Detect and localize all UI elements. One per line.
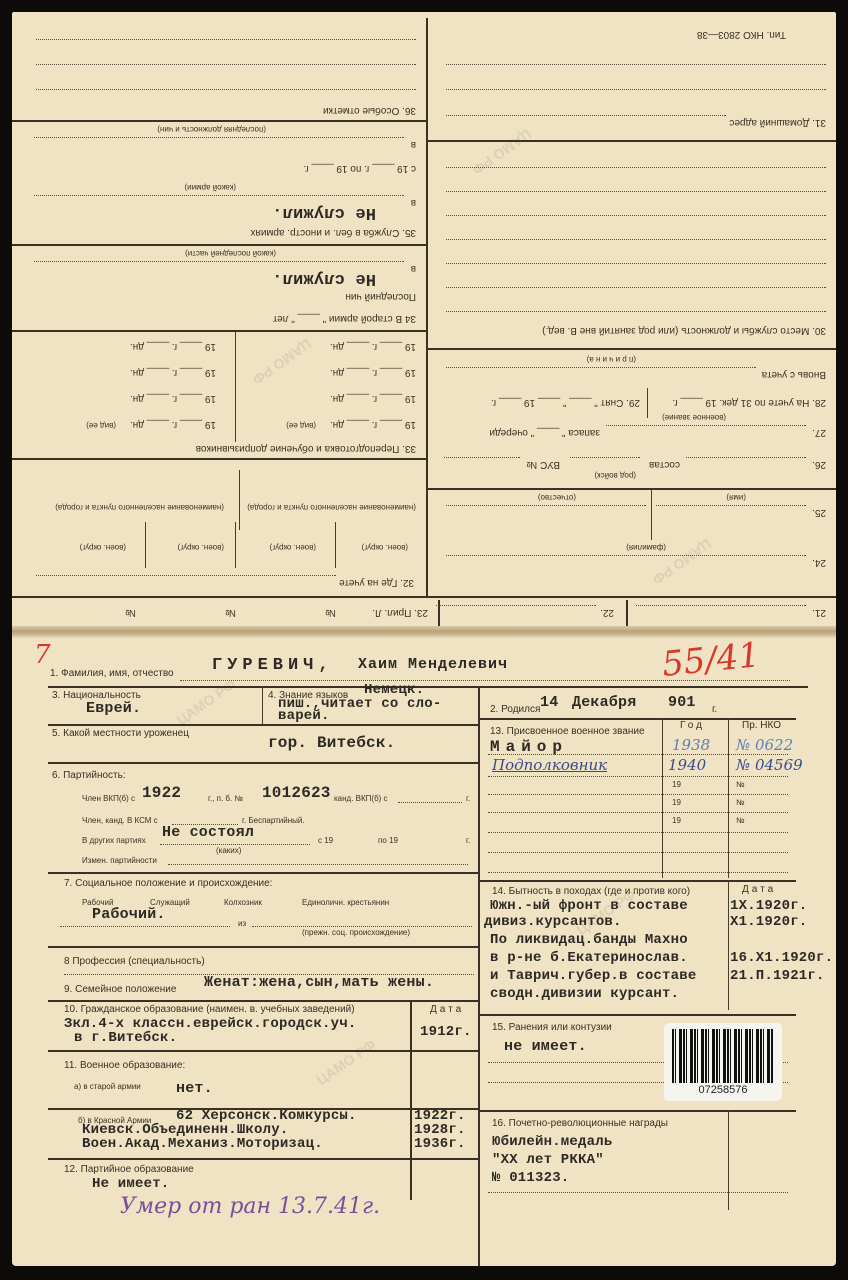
line <box>252 926 472 927</box>
line <box>488 852 788 853</box>
field-23-num: № <box>225 607 236 618</box>
field-6-label: 6. Партийность: <box>52 770 126 781</box>
caption: (военное звание) <box>662 413 726 422</box>
label: г. <box>466 836 470 845</box>
line <box>488 812 788 813</box>
divider <box>48 724 478 726</box>
rank-year: 1940 <box>668 756 706 774</box>
field-11-label: 11. Военное образование: <box>64 1060 185 1071</box>
other-parties-value: Не состоял <box>162 824 254 841</box>
field-12-label: 12. Партийное образование <box>64 1164 194 1175</box>
field-25-label: 25. <box>812 507 826 518</box>
fold-crease <box>12 626 836 638</box>
wounds-value: не имеет. <box>504 1038 587 1055</box>
line <box>488 1192 788 1193</box>
line <box>180 680 790 681</box>
divider <box>478 1110 796 1112</box>
label: по 19 <box>378 836 398 845</box>
field-26-line <box>570 457 640 458</box>
field-26-label: 26. <box>812 459 826 470</box>
date-header: Дата <box>430 1004 464 1015</box>
campaign-row: в р-не б.Екатеринослав. <box>490 950 688 966</box>
field-34-value: Не служил. <box>272 269 376 288</box>
upside-down-form: ЦАМО РФ ЦАМО РФ ЦАМО РФ 21. 22. 23. Прил… <box>12 12 836 630</box>
nationality-value: Еврей. <box>86 700 141 717</box>
field-1-label: 1. Фамилия, имя, отчество <box>50 668 174 679</box>
divider <box>12 458 426 460</box>
label: Вновь с учета <box>762 369 826 380</box>
field-25-line <box>446 505 646 506</box>
divider <box>12 244 426 246</box>
row: 19 ____ г. ____ дн. <box>130 341 216 352</box>
line <box>446 215 826 216</box>
divider <box>335 522 336 568</box>
divider <box>48 946 478 948</box>
caption: (фамилия) <box>626 543 666 552</box>
line <box>488 754 788 755</box>
barcode-number: 07258576 <box>664 1084 782 1096</box>
label: Последний чин <box>345 291 416 302</box>
year-header: Год <box>680 720 705 731</box>
award-number: № 011323. <box>492 1170 569 1186</box>
campaign-row: и Таврич.губер.в составе <box>490 968 696 984</box>
option-peasant: Единоличн. крестьянин <box>302 898 389 907</box>
field-23-label: 23. Прил. Л. <box>372 607 428 618</box>
field-30-label: 30. Место службы и должность (или род за… <box>542 325 826 336</box>
line <box>446 311 826 312</box>
label: Измен. партийности <box>82 856 157 865</box>
divider <box>662 718 663 878</box>
label: Член, канд. В КСМ с <box>82 816 158 825</box>
family-status-value: Женат:жена,сын,мать жены. <box>204 974 434 991</box>
line <box>446 167 826 168</box>
caption: (прежн. соц. происхождение) <box>302 928 410 937</box>
field-2-label: 2. Родился <box>490 704 540 715</box>
line <box>488 776 788 777</box>
label: в <box>411 263 416 274</box>
rank-value: Подполковник <box>492 756 607 774</box>
caption: (наименование населенного пункта и город… <box>55 503 224 512</box>
caption: (какой последней части) <box>185 249 276 258</box>
rank-order: № <box>736 816 745 825</box>
field-24-label: 24. <box>812 557 826 568</box>
languages-value: варей. <box>278 708 330 724</box>
card-bottom-half: ЦАМО РФ ЦАМО РФ ЦАМО РФ 7 55/41 1. Фамил… <box>12 634 836 1266</box>
campaign-row: Южн.-ый фронт в составе <box>490 898 688 914</box>
military-education-date: 1936г. <box>414 1136 466 1152</box>
handwritten-death-note: Умер от ран 13.7.41г. <box>120 1194 380 1219</box>
watermark: ЦАМО РФ <box>314 1036 379 1088</box>
line <box>36 39 416 40</box>
line <box>34 195 404 196</box>
card-top-half: ЦАМО РФ ЦАМО РФ ЦАМО РФ 21. 22. 23. Прил… <box>12 12 836 630</box>
line <box>34 137 404 138</box>
field-35-label: 35. Служба в бел. и иностр. армиях <box>250 227 416 238</box>
field-16-label: 16. Почетно-революционные награды <box>492 1118 668 1129</box>
divider <box>728 718 729 878</box>
line <box>446 287 826 288</box>
row: 19 ____ г. ____ дн. <box>330 393 416 404</box>
caption: (имя) <box>726 493 746 502</box>
line <box>36 575 336 576</box>
label: запаса " ____ " очереди <box>489 427 600 438</box>
caption: (воен. округ) <box>362 543 408 552</box>
social-status-value: Рабочий. <box>92 906 166 923</box>
label: г., п. б. № <box>208 794 243 803</box>
divider <box>48 762 478 764</box>
label: а) в старой армии <box>74 1082 141 1091</box>
field-23-num: № <box>325 607 336 618</box>
line <box>446 115 726 116</box>
caption: (вид ее) <box>286 421 316 430</box>
line <box>488 794 788 795</box>
divider <box>48 686 808 688</box>
line <box>168 864 468 865</box>
line <box>446 89 826 90</box>
campaign-date: 21.П.1921г. <box>730 968 825 984</box>
row: 19 ____ г. ____ дн. <box>330 341 416 352</box>
watermark: ЦАМО РФ <box>470 126 535 178</box>
line <box>446 239 826 240</box>
row: 19 ____ г. ____ дн. <box>330 419 416 430</box>
divider <box>145 522 146 568</box>
caption: (род войск) <box>594 471 636 480</box>
campaign-date: 1Х.1920г. <box>730 898 807 914</box>
divider <box>262 686 263 726</box>
divider <box>728 880 729 1010</box>
divider <box>478 1014 796 1016</box>
field-36-label: 36. Особые отметки <box>323 105 416 116</box>
label: с 19 ____ г. по 19 ____ г. <box>303 163 416 174</box>
caption: (воен. округ) <box>80 543 126 552</box>
line <box>160 844 310 845</box>
given-name-value: Хаим Менделевич <box>358 656 508 673</box>
divider <box>647 388 648 418</box>
field-7-label: 7. Социальное положение и происхождение: <box>64 878 272 889</box>
row: 19 ____ г. ____ дн. <box>130 419 216 430</box>
rank-year: 19 <box>672 816 681 825</box>
rank-order: № 04569 <box>736 756 803 774</box>
label: ВУС № <box>527 459 560 470</box>
label: г. <box>466 794 470 803</box>
row: 19 ____ г. ____ дн. <box>130 393 216 404</box>
field-29-label: 29. Снят " ____ " ____ 19 ____ г. <box>491 397 640 408</box>
birth-day: 14 <box>540 694 558 711</box>
birth-year: 901 <box>668 694 696 711</box>
divider <box>428 348 836 350</box>
party-education-value: Не имеет. <box>92 1176 169 1192</box>
line <box>446 367 756 368</box>
divider <box>728 1110 729 1210</box>
party-year-value: 1922 <box>142 784 181 802</box>
field-9-label: 9. Семейное положение <box>64 984 176 995</box>
divider <box>12 120 426 122</box>
caption: (отчество) <box>538 493 576 502</box>
field-10-label: 10. Гражданское образование (наимен. в. … <box>64 1004 355 1015</box>
caption: (последняя должность и чин) <box>157 125 266 134</box>
birthplace-value: гор. Витебск. <box>268 734 395 752</box>
label: Член ВКП(б) с <box>82 794 135 803</box>
line <box>36 64 416 65</box>
line <box>36 89 416 90</box>
rank-order: № 0622 <box>736 736 793 754</box>
option-collective-farmer: Колхозник <box>224 898 262 907</box>
caption: (воен. округ) <box>270 543 316 552</box>
divider <box>12 596 836 598</box>
caption: (каких) <box>216 846 241 855</box>
civil-education-value: в г.Витебск. <box>74 1030 177 1046</box>
watermark: ЦАМО РФ <box>174 676 239 728</box>
label: с 19 <box>318 836 333 845</box>
field-24-line <box>446 555 806 556</box>
archive-barcode-sticker: 07258576 <box>664 1023 782 1101</box>
divider <box>478 880 796 882</box>
caption: (вид ее) <box>86 421 116 430</box>
barcode-icon <box>672 1029 774 1083</box>
rank-year: 19 <box>672 780 681 789</box>
field-22-label: 22. <box>600 607 614 618</box>
center-divider <box>478 686 480 1266</box>
field-13-label: 13. Присвоенное военное звание <box>490 726 645 737</box>
caption: (какой армии) <box>184 183 236 192</box>
divider <box>239 470 240 530</box>
label: в <box>411 139 416 150</box>
field-25-line <box>656 505 806 506</box>
divider <box>48 872 478 874</box>
label: из <box>238 919 246 928</box>
caption: (п р и ч и н а) <box>587 355 636 364</box>
label: г. <box>712 704 717 715</box>
field-27-label: 27. <box>812 427 826 438</box>
divider <box>12 330 426 332</box>
label: в <box>411 197 416 208</box>
divider <box>48 1000 478 1002</box>
red-file-number: 55/41 <box>660 635 762 685</box>
date-header: Дата <box>742 884 776 895</box>
birth-month: Декабря <box>572 694 636 711</box>
order-header: Пр. НКО <box>742 720 781 731</box>
label: состав <box>649 459 680 470</box>
award-value: Юбилейн.медаль <box>492 1134 612 1150</box>
field-5-label: 5. Какой местности уроженец <box>52 728 189 739</box>
line <box>398 802 462 803</box>
military-education-row: Воен.Акад.Механиз.Моторизац. <box>82 1136 323 1152</box>
line <box>488 872 788 873</box>
field-27-line <box>606 425 806 426</box>
field-31-label: 31. Домашний адрес <box>729 117 826 128</box>
campaign-date: Х1.1920г. <box>730 914 807 930</box>
divider <box>428 488 836 490</box>
rank-order: № <box>736 780 745 789</box>
old-army-education-value: нет. <box>176 1080 213 1097</box>
center-divider <box>426 18 428 598</box>
divider <box>428 140 836 142</box>
date-column-divider <box>410 1000 412 1200</box>
line <box>60 926 230 927</box>
surname-value: ГУРЕВИЧ, <box>212 656 334 675</box>
party-card-number: 1012623 <box>262 784 331 802</box>
line <box>446 263 826 264</box>
row: 19 ____ г. ____ дн. <box>330 367 416 378</box>
watermark: ЦАМО РФ <box>250 336 315 388</box>
line <box>446 64 826 65</box>
caption: (воен. округ) <box>178 543 224 552</box>
divider <box>48 1158 478 1160</box>
field-26-line <box>444 457 520 458</box>
row: 19 ____ г. ____ дн. <box>130 367 216 378</box>
red-corner-mark: 7 <box>34 640 51 670</box>
printer-mark: Тип. НКО 2803—38 <box>697 29 786 40</box>
field-32-label: 32. Где на учете <box>339 577 414 588</box>
line <box>488 832 788 833</box>
field-23-num: № <box>125 607 136 618</box>
divider <box>235 522 236 568</box>
field-15-label: 15. Ранения или контузии <box>492 1022 612 1033</box>
divider <box>48 1050 478 1052</box>
field-28-label: 28. На учете по 31 дек. 19 ____ г. <box>672 397 826 408</box>
field-35-value: Не служил. <box>272 203 376 222</box>
rank-year: 1938 <box>672 736 710 754</box>
divider <box>651 490 652 540</box>
rank-order: № <box>736 798 745 807</box>
field-33-label: 33. Переподготовка и обучение допризывни… <box>196 443 416 454</box>
field-21-label: 21. <box>812 607 826 618</box>
label: канд. ВКП(б) с <box>334 794 388 803</box>
campaign-row: По ликвидац.банды Махно <box>490 932 688 948</box>
caption: (наименование населенного пункта и город… <box>247 503 416 512</box>
field-34-label: 34 В старой армии " ____ " лет <box>273 313 416 324</box>
award-value: "ХХ лет РККА" <box>492 1152 604 1168</box>
divider <box>235 332 236 442</box>
campaign-row: сводн.дивизии курсант. <box>490 986 679 1002</box>
field-14-label: 14. Бытность в походах (где и против ког… <box>492 886 690 897</box>
line <box>34 261 404 262</box>
campaign-row: дивиз.курсантов. <box>484 914 622 930</box>
campaign-date: 16.Х1.1920г. <box>730 950 833 966</box>
field-8-label: 8 Профессия (специальность) <box>64 956 205 967</box>
field-21-line <box>636 605 806 606</box>
civil-education-date: 1912г. <box>420 1024 472 1040</box>
field-22-line <box>436 605 596 606</box>
label: В других партиях <box>82 836 146 845</box>
line <box>446 191 826 192</box>
rank-year: 19 <box>672 798 681 807</box>
field-26-line <box>686 457 806 458</box>
